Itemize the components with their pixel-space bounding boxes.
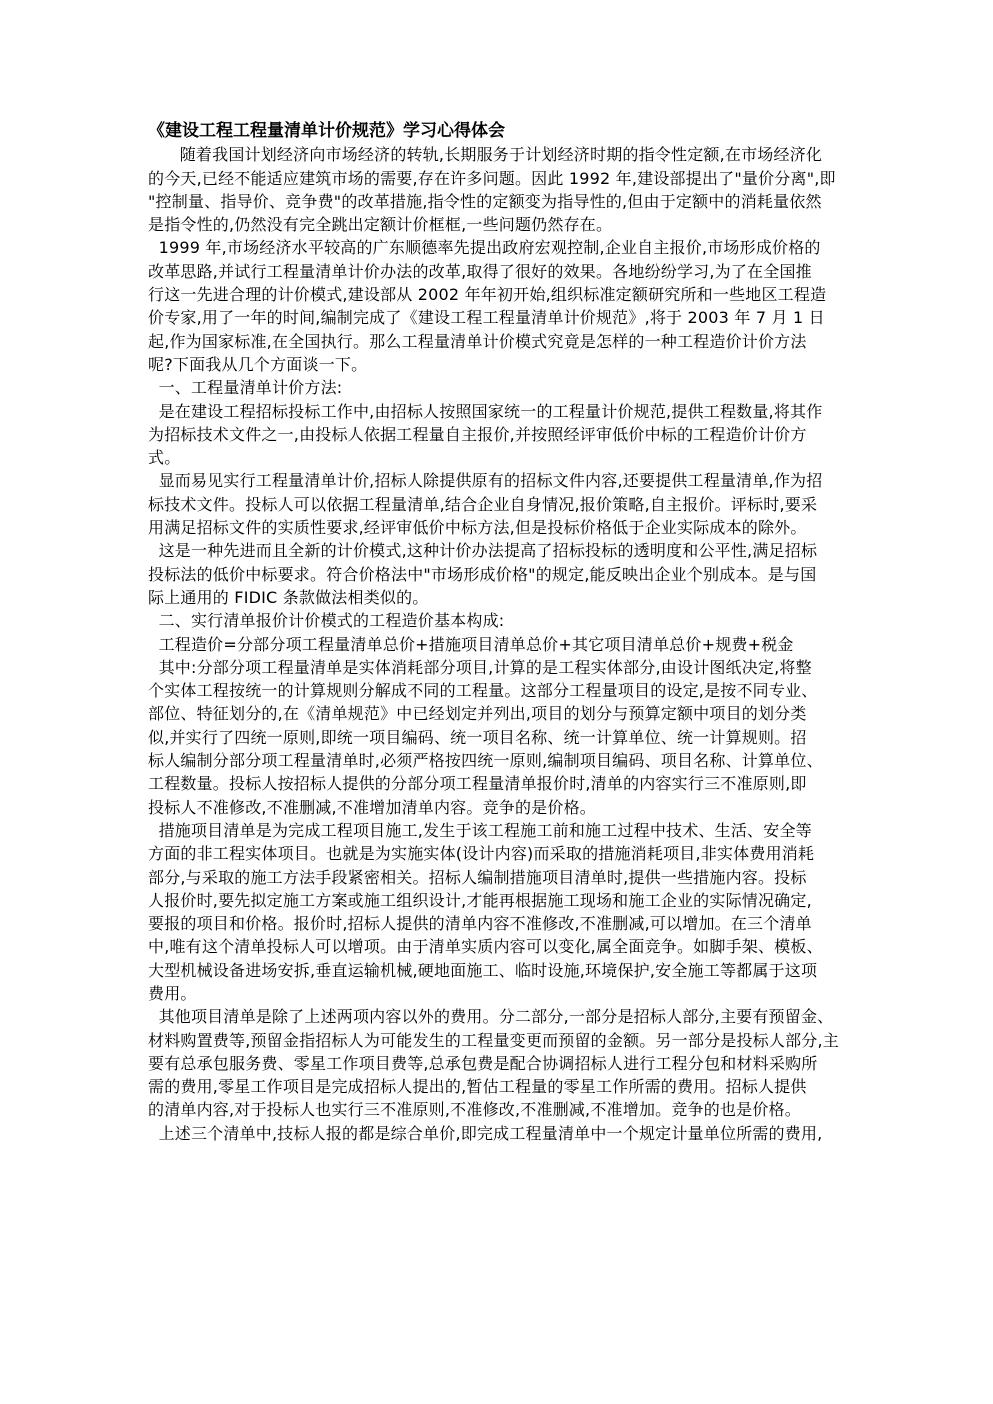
text-line: 的清单内容,对于投标人也实行三不准原则,不准修改,不准删减,不准增加。竞争的也是…: [148, 1098, 848, 1121]
text-line: 价专家,用了一年的时间,编制完成了《建设工程工程量清单计价规范》,将于 2003…: [148, 306, 848, 329]
text-line: 部分,与采取的施工方法手段紧密相关。招标人编制措施项目清单时,提供一些措施内容。…: [148, 866, 848, 889]
text-line: 随着我国计划经济向市场经济的转轨,长期服务于计划经济时期的指令性定额,在市场经济…: [148, 143, 848, 166]
text-line: 用满足招标文件的实质性要求,经评审低价中标方法,但是投标价格低于企业实际成本的除…: [148, 516, 848, 539]
text-line: 起,作为国家标准,在全国执行。那么工程量清单计价模式究竟是怎样的一种工程造价计价…: [148, 330, 848, 353]
text-line: 工程造价=分部分项工程量清单总价+措施项目清单总价+其它项目清单总价+规费+税金: [148, 633, 848, 656]
document-page: 《建设工程工程量清单计价规范》学习心得体会 随着我国计划经济向市场经济的转轨,长…: [148, 120, 848, 1145]
text-line: "控制量、指导价、竞争费"的改革措施,指令性的定额变为指导性的,但由于定额中的消…: [148, 190, 848, 213]
text-line: 行这一先进合理的计价模式,建设部从 2002 年年初开始,组织标准定额研究所和一…: [148, 283, 848, 306]
text-line: 式。: [148, 446, 848, 469]
text-line: 是指令性的,仍然没有完全跳出定额计价框框,一些问题仍然存在。: [148, 213, 848, 236]
text-line: 上述三个清单中,技标人报的都是综合单价,即完成工程量清单中一个规定计量单位所需的…: [148, 1122, 848, 1145]
text-line: 一、工程量清单计价方法:: [148, 376, 848, 399]
text-line: 这是一种先进而且全新的计价模式,这种计价办法提高了招标投标的透明度和公平性,满足…: [148, 539, 848, 562]
document-body: 随着我国计划经济向市场经济的转轨,长期服务于计划经济时期的指令性定额,在市场经济…: [148, 143, 848, 1145]
text-line: 中,唯有这个清单投标人可以增项。由于清单实质内容可以变化,属全面竞争。如脚手架、…: [148, 935, 848, 958]
text-line: 标技术文件。投标人可以依据工程量清单,结合企业自身情况,报价策略,自主报价。评标…: [148, 493, 848, 516]
text-line: 需的费用,零星工作项目是完成招标人提出的,暂估工程量的零星工作所需的费用。招标人…: [148, 1075, 848, 1098]
text-line: 其中:分部分项工程量清单是实体消耗部分项目,计算的是工程实体部分,由设计图纸决定…: [148, 656, 848, 679]
text-line: 人报价时,要先拟定施工方案或施工组织设计,才能再根据施工现场和施工企业的实际情况…: [148, 889, 848, 912]
text-line: 二、实行清单报价计价模式的工程造价基本构成:: [148, 609, 848, 632]
text-line: 个实体工程按统一的计算规则分解成不同的工程量。这部分工程量项目的设定,是按不同专…: [148, 679, 848, 702]
text-line: 其他项目清单是除了上述两项内容以外的费用。分二部分,一部分是招标人部分,主要有预…: [148, 1005, 848, 1028]
text-line: 材料购置费等,预留金指招标人为可能发生的工程量变更而预留的金额。另一部分是投标人…: [148, 1029, 848, 1052]
document-title: 《建设工程工程量清单计价规范》学习心得体会: [148, 120, 848, 143]
text-line: 呢?下面我从几个方面谈一下。: [148, 353, 848, 376]
text-line: 似,并实行了四统一原则,即统一项目编码、统一项目名称、统一计算单位、统一计算规则…: [148, 726, 848, 749]
text-line: 投标人不准修改,不准删减,不准增加清单内容。竞争的是价格。: [148, 796, 848, 819]
text-line: 措施项目清单是为完成工程项目施工,发生于该工程施工前和施工过程中技术、生活、安全…: [148, 819, 848, 842]
text-line: 的今天,已经不能适应建筑市场的需要,存在许多问题。因此 1992 年,建设部提出…: [148, 167, 848, 190]
text-line: 工程数量。投标人按招标人提供的分部分项工程量清单报价时,清单的内容实行三不准原则…: [148, 772, 848, 795]
text-line: 际上通用的 FIDIC 条款做法相类似的。: [148, 586, 848, 609]
text-line: 为招标技术文件之一,由投标人依据工程量自主报价,并按照经评审低价中标的工程造价计…: [148, 423, 848, 446]
text-line: 要有总承包服务费、零星工作项目费等,总承包费是配合协调招标人进行工程分包和材料采…: [148, 1052, 848, 1075]
text-line: 显而易见实行工程量清单计价,招标人除提供原有的招标文件内容,还要提供工程量清单,…: [148, 469, 848, 492]
text-line: 改革思路,并试行工程量清单计价办法的改革,取得了很好的效果。各地纷纷学习,为了在…: [148, 260, 848, 283]
text-line: 费用。: [148, 982, 848, 1005]
text-line: 是在建设工程招标投标工作中,由招标人按照国家统一的工程量计价规范,提供工程数量,…: [148, 400, 848, 423]
text-line: 部位、特征划分的,在《清单规范》中已经划定并列出,项目的划分与预算定额中项目的划…: [148, 702, 848, 725]
text-line: 1999 年,市场经济水平较高的广东顺德率先提出政府宏观控制,企业自主报价,市场…: [148, 236, 848, 259]
text-line: 标人编制分部分项工程量清单时,必须严格按四统一原则,编制项目编码、项目名称、计算…: [148, 749, 848, 772]
text-line: 大型机械设备进场安拆,垂直运输机械,硬地面施工、临时设施,环境保护,安全施工等都…: [148, 959, 848, 982]
text-line: 要报的项目和价格。报价时,招标人提供的清单内容不准修改,不准删减,可以增加。在三…: [148, 912, 848, 935]
text-line: 方面的非工程实体项目。也就是为实施实体(设计内容)而采取的措施消耗项目,非实体费…: [148, 842, 848, 865]
text-line: 投标法的低价中标要求。符合价格法中"市场形成价格"的规定,能反映出企业个别成本。…: [148, 563, 848, 586]
